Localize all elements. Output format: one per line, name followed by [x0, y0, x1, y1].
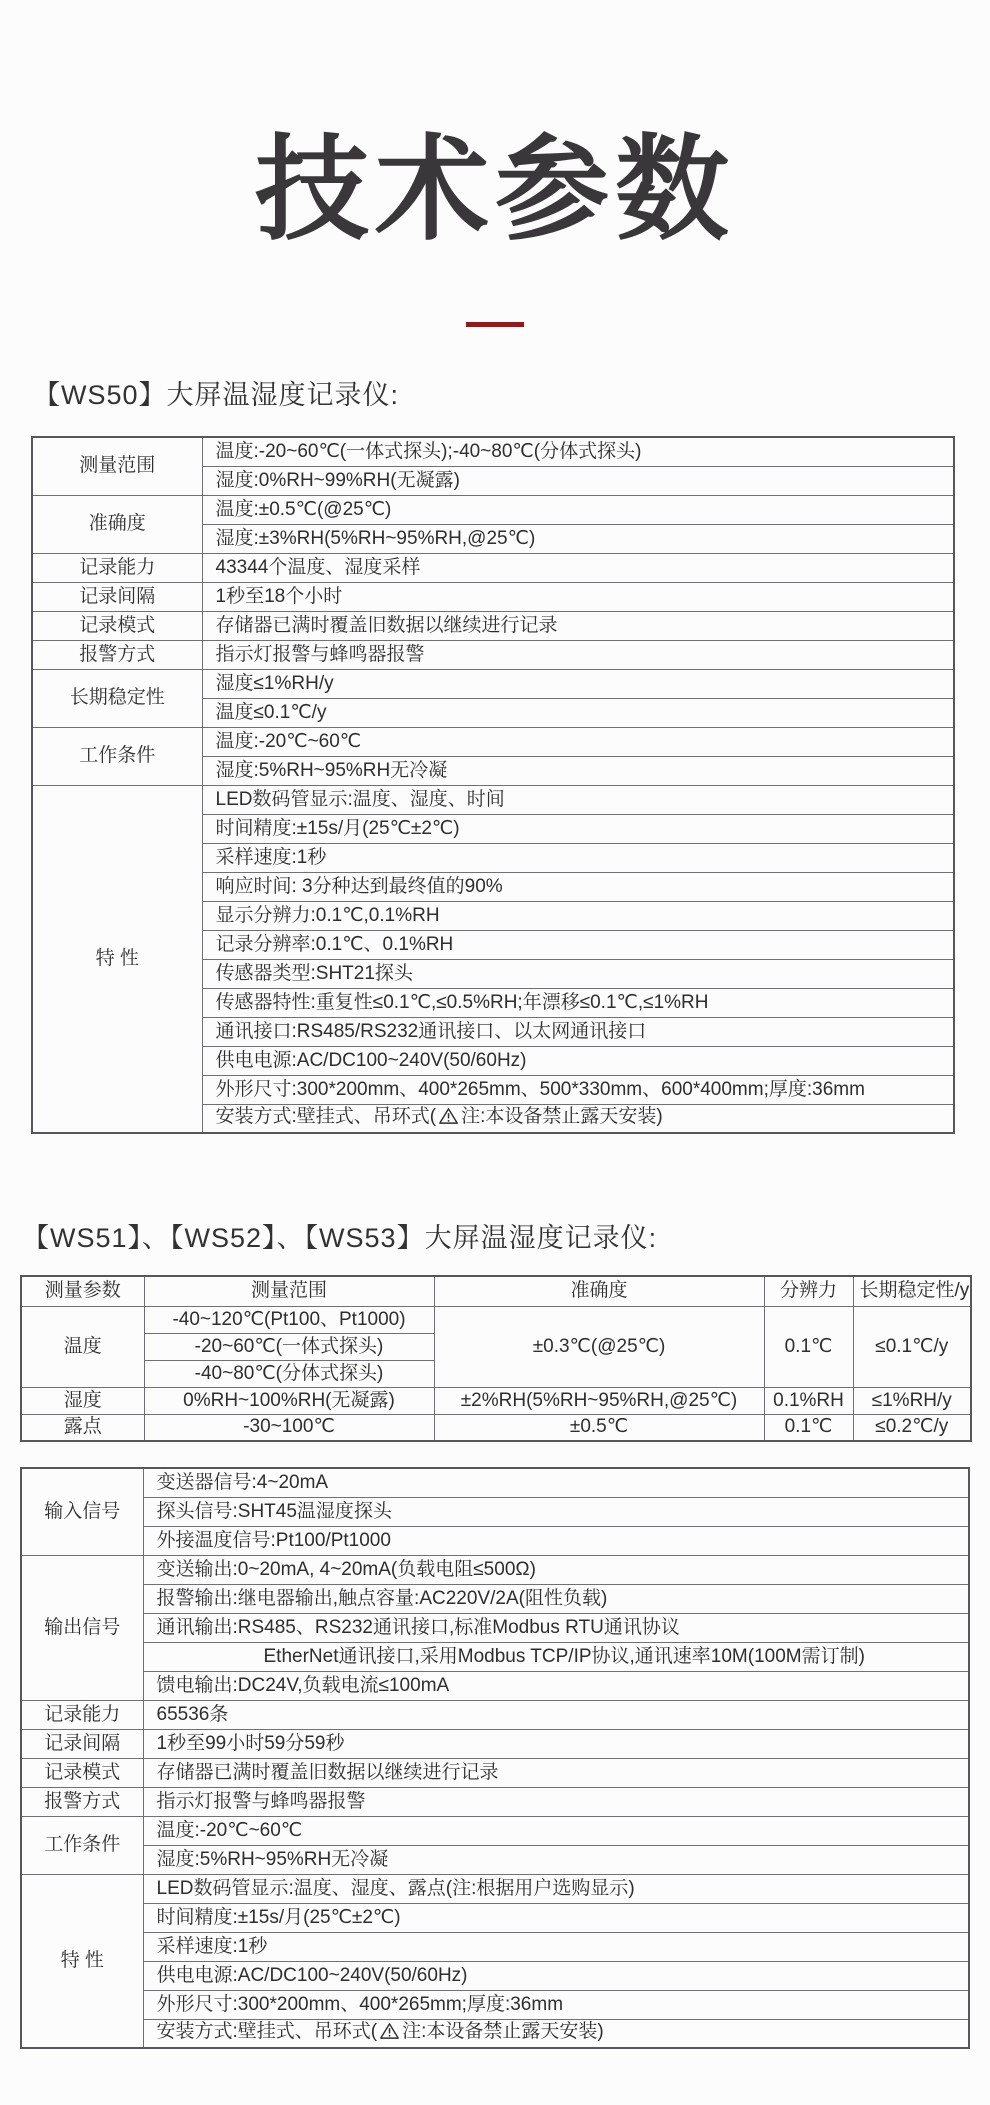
table-row: 馈电输出:DC24V,负载电流≤100mA: [21, 1671, 969, 1700]
spec-value-cell: LED数码管显示:温度、湿度、时间: [202, 785, 954, 814]
spec-label-cell: 记录模式: [32, 611, 202, 640]
column-header: 分辨力: [764, 1276, 853, 1306]
spec-value-cell: 时间精度:±15s/月(25℃±2℃): [202, 814, 954, 843]
spec-table-ws50: 测量范围 温度:-20~60℃(一体式探头);-40~80℃(分体式探头) 湿度…: [31, 436, 955, 1134]
spec-value-cell: 温度:-20℃~60℃: [143, 1816, 969, 1845]
table-row: 探头信号:SHT45温湿度探头: [21, 1497, 969, 1526]
table-row: 测量范围 温度:-20~60℃(一体式探头);-40~80℃(分体式探头): [32, 437, 954, 466]
stability-cell: ≤0.2℃/y: [853, 1414, 971, 1441]
table-header-row: 测量参数 测量范围 准确度 分辨力 长期稳定性/y: [21, 1276, 971, 1306]
spec-value-cell: 显示分辨力:0.1℃,0.1%RH: [202, 901, 954, 930]
spec-value-cell: 湿度:5%RH~95%RH无冷凝: [202, 756, 954, 785]
spec-value-cell: 传感器类型:SHT21探头: [202, 959, 954, 988]
table-row: 报警方式 指示灯报警与蜂鸣器报警: [32, 640, 954, 669]
table-row: 露点 -30~100℃ ±0.5℃ 0.1℃ ≤0.2℃/y: [21, 1414, 971, 1441]
install-text-note: 注:本设备禁止露天安装): [461, 1106, 663, 1127]
range-cell: 0%RH~100%RH(无凝露): [144, 1387, 434, 1414]
spec-label-cell: 工作条件: [32, 727, 202, 785]
resolution-cell: 0.1%RH: [764, 1387, 853, 1414]
accuracy-cell: ±0.3℃(@25℃): [434, 1306, 764, 1387]
param-cell: 温度: [21, 1306, 144, 1387]
column-header: 准确度: [434, 1276, 764, 1306]
column-header: 测量参数: [21, 1276, 144, 1306]
spec-value-cell: 传感器特性:重复性≤0.1℃,≤0.5%RH;年漂移≤0.1℃,≤1%RH: [202, 988, 954, 1017]
install-text-prefix: 安装方式:壁挂式、吊环式(: [216, 1106, 437, 1127]
spec-label-cell: 记录间隔: [32, 582, 202, 611]
spec-label-cell: 输入信号: [21, 1468, 143, 1555]
section-heading-ws50: 【WS50】大屏温湿度记录仪:: [33, 373, 990, 412]
spec-value-cell: 通讯接口:RS485/RS232通讯接口、以太网通讯接口: [202, 1017, 954, 1046]
spec-label-cell: 记录间隔: [21, 1729, 143, 1758]
spec-value-cell: 湿度:0%RH~99%RH(无凝露): [202, 466, 954, 495]
warning-icon: [439, 1107, 458, 1131]
spec-label-cell: 记录能力: [21, 1700, 143, 1729]
title-divider: [466, 322, 524, 327]
warning-icon: [380, 2022, 399, 2046]
spec-label-cell: 长期稳定性: [32, 669, 202, 727]
table-row: 特 性 LED数码管显示:温度、湿度、露点(注:根据用户选购显示): [21, 1874, 969, 1903]
table-row: EtherNet通讯接口,采用Modbus TCP/IP协议,通讯速率10M(1…: [21, 1642, 969, 1671]
table-row: 长期稳定性 湿度≤1%RH/y: [32, 669, 954, 698]
spec-value-cell: 报警输出:继电器输出,触点容量:AC220V/2A(阻性负载): [143, 1584, 969, 1613]
spec-label-cell: 特 性: [21, 1874, 143, 2048]
spec-label-cell: 记录能力: [32, 553, 202, 582]
range-cell: -40~80℃(分体式探头): [144, 1360, 434, 1387]
table-row: 外形尺寸:300*200mm、400*265mm;厚度:36mm: [21, 1990, 969, 2019]
table-row: 工作条件 温度:-20℃~60℃: [21, 1816, 969, 1845]
table-row: 外接温度信号:Pt100/Pt1000: [21, 1526, 969, 1555]
table-row: 时间精度:±15s/月(25℃±2℃): [21, 1903, 969, 1932]
table-row: 采样速度:1秒: [21, 1932, 969, 1961]
spec-value-cell: EtherNet通讯接口,采用Modbus TCP/IP协议,通讯速率10M(1…: [143, 1642, 969, 1671]
range-cell: -30~100℃: [144, 1414, 434, 1441]
measure-table-ws51: 测量参数 测量范围 准确度 分辨力 长期稳定性/y 温度 -40~120℃(Pt…: [20, 1275, 972, 1442]
spec-value-cell: 外形尺寸:300*200mm、400*265mm;厚度:36mm: [143, 1990, 969, 2019]
accuracy-cell: ±2%RH(5%RH~95%RH,@25℃): [434, 1387, 764, 1414]
spec-value-cell: 外形尺寸:300*200mm、400*265mm、500*330mm、600*4…: [202, 1075, 954, 1104]
column-header: 测量范围: [144, 1276, 434, 1306]
table-row: 报警输出:继电器输出,触点容量:AC220V/2A(阻性负载): [21, 1584, 969, 1613]
install-text-note: 注:本设备禁止露天安装): [402, 2021, 604, 2042]
spec-value-cell: LED数码管显示:温度、湿度、露点(注:根据用户选购显示): [143, 1874, 969, 1903]
spec-value-cell: 湿度≤1%RH/y: [202, 669, 954, 698]
table-row: 湿度:5%RH~95%RH无冷凝: [21, 1845, 969, 1874]
param-cell: 湿度: [21, 1387, 144, 1414]
range-cell: -20~60℃(一体式探头): [144, 1333, 434, 1360]
resolution-cell: 0.1℃: [764, 1414, 853, 1441]
spec-value-cell: 1秒至18个小时: [202, 582, 954, 611]
page: 技术参数 【WS50】大屏温湿度记录仪: 测量范围 温度:-20~60℃(一体式…: [0, 0, 990, 2105]
spec-value-cell: 采样速度:1秒: [143, 1932, 969, 1961]
spec-value-cell: 存储器已满时覆盖旧数据以继续进行记录: [202, 611, 954, 640]
param-cell: 露点: [21, 1414, 144, 1441]
table-row: 输入信号 变送器信号:4~20mA: [21, 1468, 969, 1497]
table-row: 输出信号 变送输出:0~20mA, 4~20mA(负载电阻≤500Ω): [21, 1555, 969, 1584]
install-text-prefix: 安装方式:壁挂式、吊环式(: [157, 2021, 378, 2042]
spec-value-cell: 指示灯报警与蜂鸣器报警: [143, 1787, 969, 1816]
table-row: 记录间隔 1秒至99小时59分59秒: [21, 1729, 969, 1758]
spec-label-cell: 报警方式: [21, 1787, 143, 1816]
spec-value-cell: 响应时间: 3分种达到最终值的90%: [202, 872, 954, 901]
spec-value-cell: 变送输出:0~20mA, 4~20mA(负载电阻≤500Ω): [143, 1555, 969, 1584]
spec-value-cell: 时间精度:±15s/月(25℃±2℃): [143, 1903, 969, 1932]
resolution-cell: 0.1℃: [764, 1306, 853, 1387]
table-row: 特 性 LED数码管显示:温度、湿度、时间: [32, 785, 954, 814]
spec-value-cell: 湿度:5%RH~95%RH无冷凝: [143, 1845, 969, 1874]
spec-value-cell: 通讯输出:RS485、RS232通讯接口,标准Modbus RTU通讯协议: [143, 1613, 969, 1642]
table-row: 记录模式 存储器已满时覆盖旧数据以继续进行记录: [21, 1758, 969, 1787]
table-row: 记录能力 43344个温度、湿度采样: [32, 553, 954, 582]
spec-value-cell: 温度:-20~60℃(一体式探头);-40~80℃(分体式探头): [202, 437, 954, 466]
spec-value-cell: 指示灯报警与蜂鸣器报警: [202, 640, 954, 669]
table-row: 温度 -40~120℃(Pt100、Pt1000) ±0.3℃(@25℃) 0.…: [21, 1306, 971, 1333]
table-row: 供电电源:AC/DC100~240V(50/60Hz): [21, 1961, 969, 1990]
spec-label-cell: 报警方式: [32, 640, 202, 669]
spec-value-cell: 温度:-20℃~60℃: [202, 727, 954, 756]
spec-value-cell: 1秒至99小时59分59秒: [143, 1729, 969, 1758]
table-row: 记录间隔 1秒至18个小时: [32, 582, 954, 611]
spec-value-cell: 探头信号:SHT45温湿度探头: [143, 1497, 969, 1526]
column-header: 长期稳定性/y: [853, 1276, 971, 1306]
stability-cell: ≤1%RH/y: [853, 1387, 971, 1414]
table-row: 通讯输出:RS485、RS232通讯接口,标准Modbus RTU通讯协议: [21, 1613, 969, 1642]
spec-label-cell: 输出信号: [21, 1555, 143, 1700]
spec-value-cell: 存储器已满时覆盖旧数据以继续进行记录: [143, 1758, 969, 1787]
spec-value-cell install-row: 安装方式:壁挂式、吊环式(注:本设备禁止露天安装): [202, 1104, 954, 1133]
table-row: 安装方式:壁挂式、吊环式(注:本设备禁止露天安装): [21, 2019, 969, 2048]
table-row: 记录能力 65536条: [21, 1700, 969, 1729]
spec-value-cell: 供电电源:AC/DC100~240V(50/60Hz): [202, 1046, 954, 1075]
table-row: 报警方式 指示灯报警与蜂鸣器报警: [21, 1787, 969, 1816]
table-row: 工作条件 温度:-20℃~60℃: [32, 727, 954, 756]
spec-label-cell: 准确度: [32, 495, 202, 553]
spec-table-ws51: 输入信号 变送器信号:4~20mA 探头信号:SHT45温湿度探头 外接温度信号…: [20, 1467, 970, 2049]
spec-label-cell: 记录模式: [21, 1758, 143, 1787]
spec-value-cell: 65536条: [143, 1700, 969, 1729]
spec-value-cell: 供电电源:AC/DC100~240V(50/60Hz): [143, 1961, 969, 1990]
spec-value-cell: 变送器信号:4~20mA: [143, 1468, 969, 1497]
spec-value-cell: 湿度:±3%RH(5%RH~95%RH,@25℃): [202, 524, 954, 553]
range-cell: -40~120℃(Pt100、Pt1000): [144, 1306, 434, 1333]
section-heading-ws51: 【WS51】、【WS52】、【WS53】大屏温湿度记录仪:: [22, 1216, 990, 1255]
table-row: 准确度 温度:±0.5℃(@25℃): [32, 495, 954, 524]
spec-label-cell: 测量范围: [32, 437, 202, 495]
page-title: 技术参数: [0, 0, 990, 248]
spec-value-cell: 温度:±0.5℃(@25℃): [202, 495, 954, 524]
spec-value-cell: 馈电输出:DC24V,负载电流≤100mA: [143, 1671, 969, 1700]
spec-value-cell: 外接温度信号:Pt100/Pt1000: [143, 1526, 969, 1555]
spec-value-cell: 记录分辨率:0.1℃、0.1%RH: [202, 930, 954, 959]
spec-value-cell: 温度≤0.1℃/y: [202, 698, 954, 727]
stability-cell: ≤0.1℃/y: [853, 1306, 971, 1387]
spec-value-cell: 采样速度:1秒: [202, 843, 954, 872]
spec-value-cell install-row: 安装方式:壁挂式、吊环式(注:本设备禁止露天安装): [143, 2019, 969, 2048]
accuracy-cell: ±0.5℃: [434, 1414, 764, 1441]
spec-label-cell: 工作条件: [21, 1816, 143, 1874]
table-row: 湿度 0%RH~100%RH(无凝露) ±2%RH(5%RH~95%RH,@25…: [21, 1387, 971, 1414]
spec-label-cell: 特 性: [32, 785, 202, 1133]
table-row: 记录模式 存储器已满时覆盖旧数据以继续进行记录: [32, 611, 954, 640]
spec-value-cell: 43344个温度、湿度采样: [202, 553, 954, 582]
